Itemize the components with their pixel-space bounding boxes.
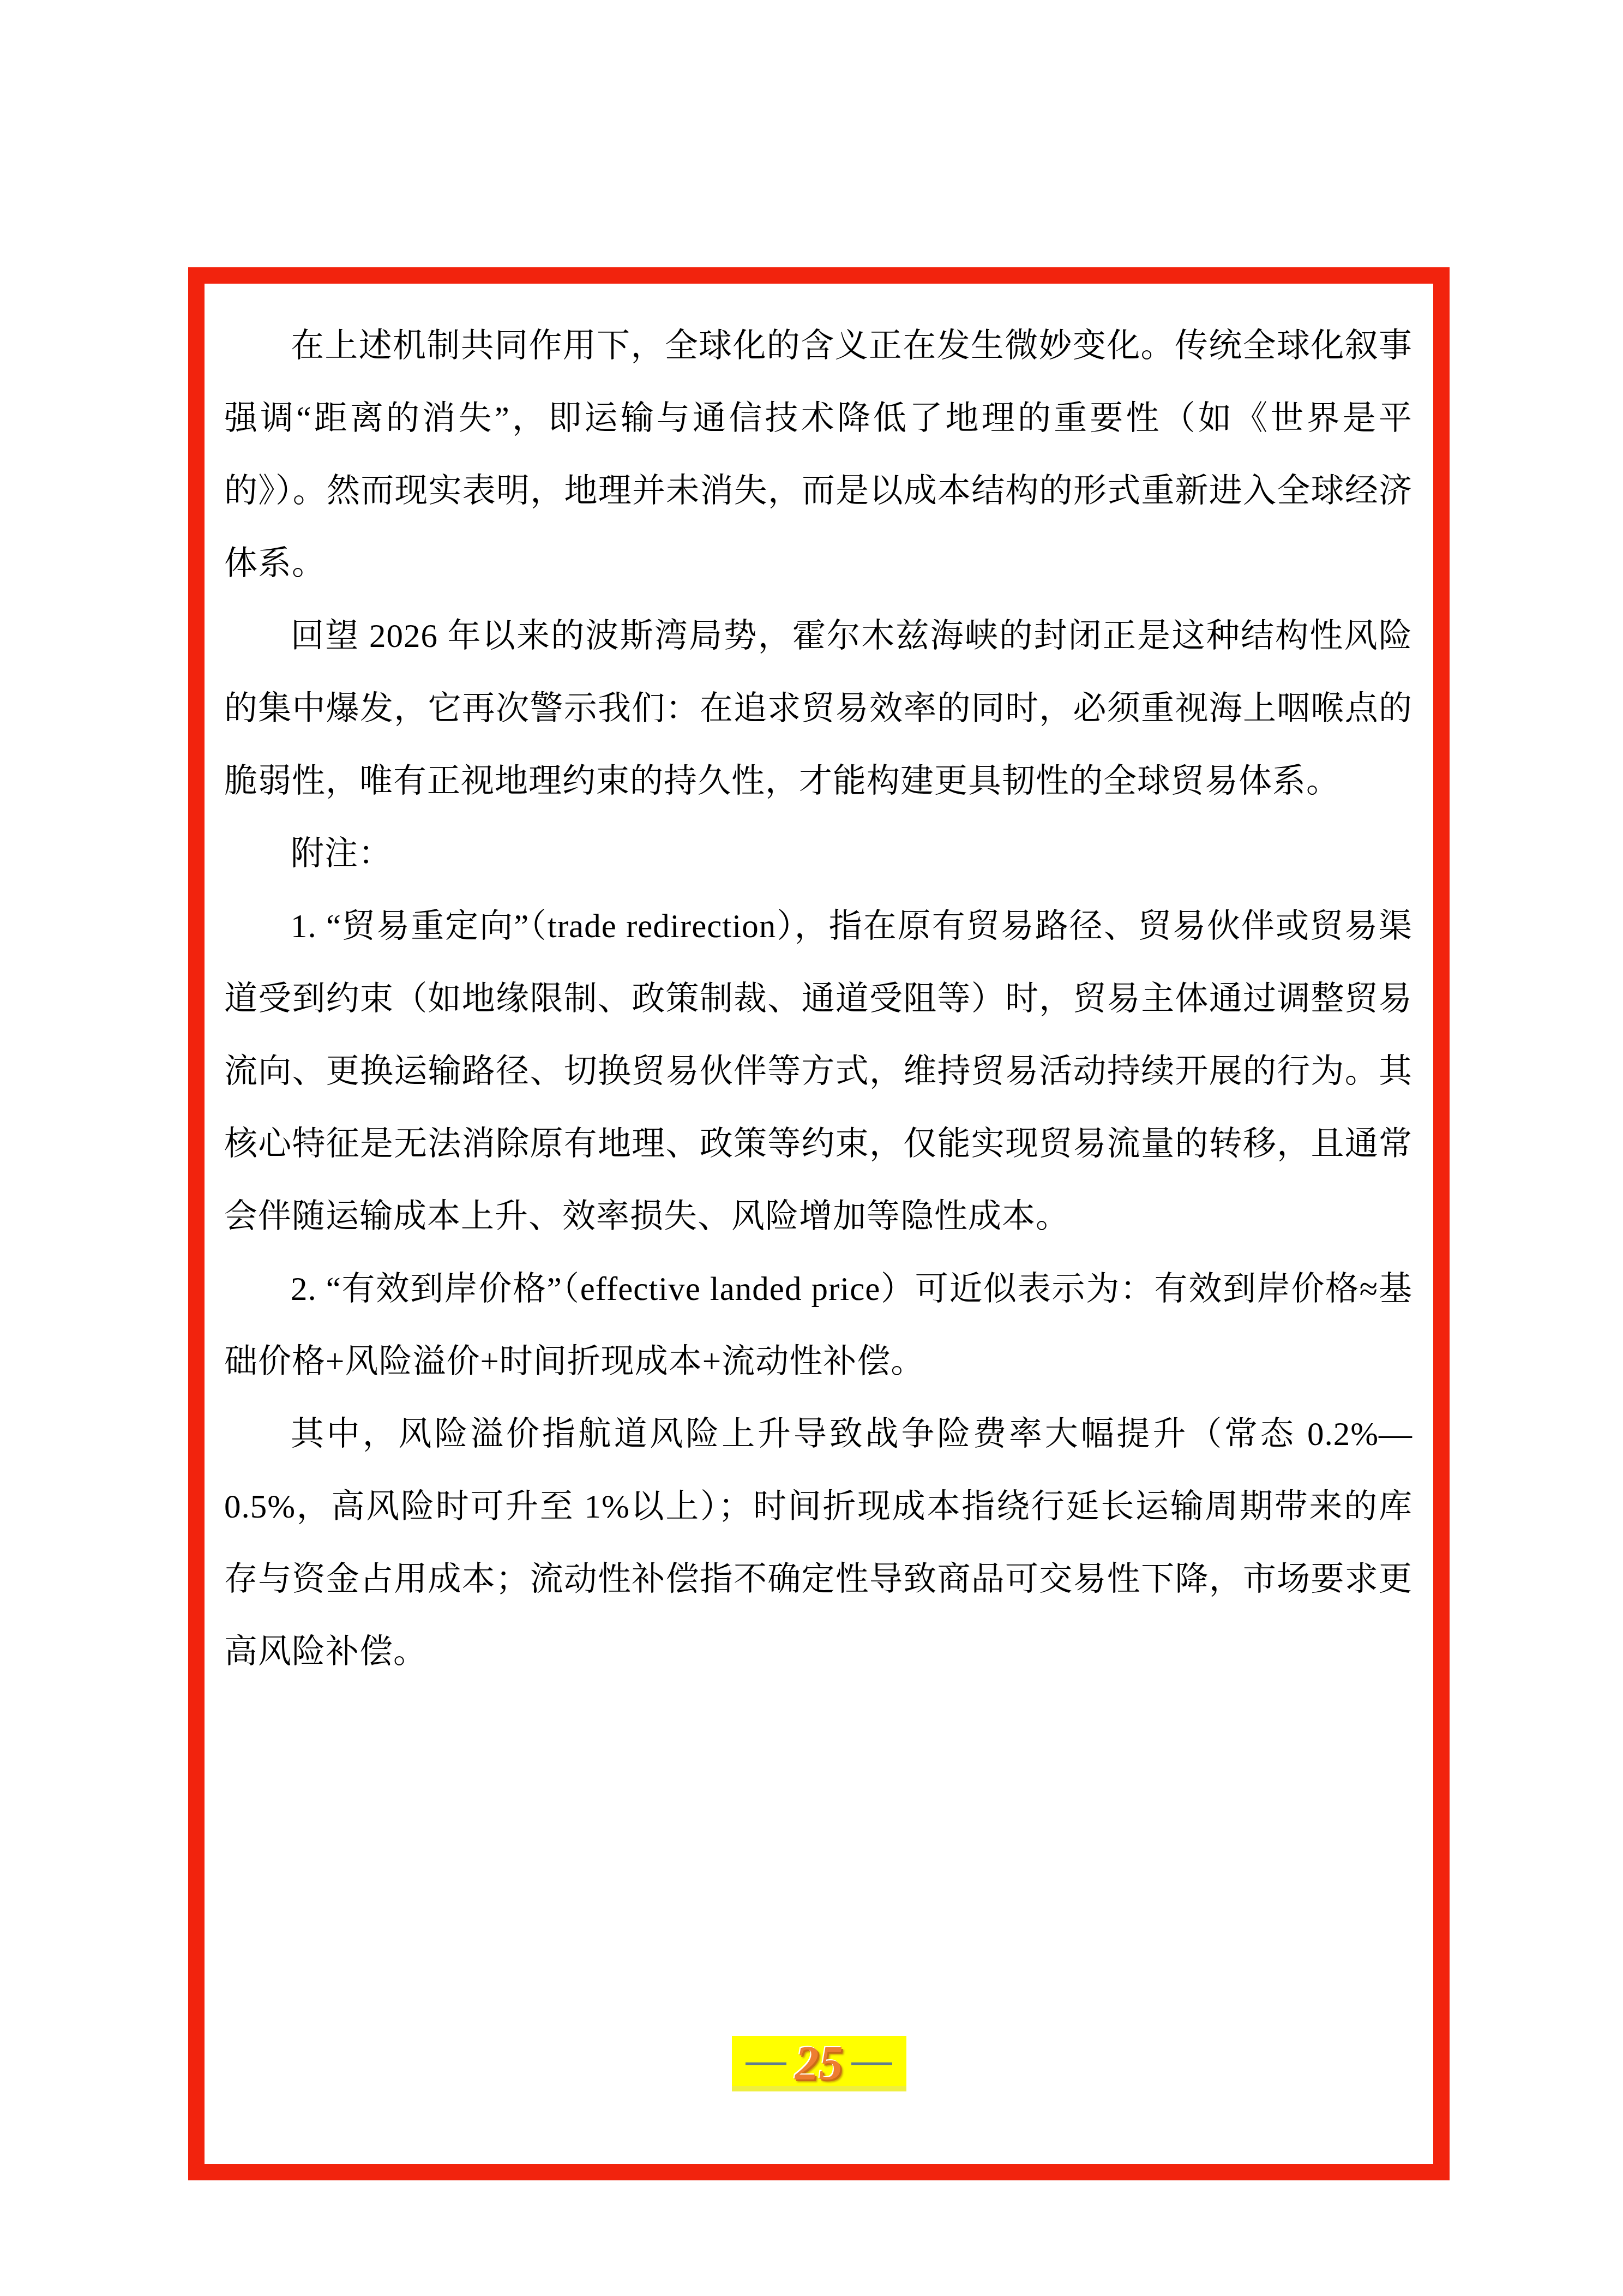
paragraph: 在上述机制共同作用下，全球化的含义正在发生微妙变化。传统全球化叙事强调“距离的消… [224, 310, 1412, 600]
paragraph: 其中，风险溢价指航道风险上升导致战争险费率大幅提升（常态 0.2%—0.5%，高… [224, 1398, 1412, 1688]
document-page: 在上述机制共同作用下，全球化的含义正在发生微妙变化。传统全球化叙事强调“距离的消… [0, 0, 1623, 2296]
red-border-frame: 在上述机制共同作用下，全球化的含义正在发生微妙变化。传统全球化叙事强调“距离的消… [188, 267, 1450, 2180]
page-number-badge: — 25 — [732, 2036, 906, 2091]
paragraph: 回望 2026 年以来的波斯湾局势，霍尔木兹海峡的封闭正是这种结构性风险的集中爆… [224, 600, 1412, 818]
page-number-dash-right: — [852, 2040, 892, 2081]
paragraph: 2. “有效到岸价格”（effective landed price）可近似表示… [224, 1253, 1412, 1398]
page-number: 25 [795, 2040, 843, 2088]
paragraph: 附注： [224, 818, 1412, 890]
page-number-dash-left: — [746, 2040, 786, 2081]
body-text: 在上述机制共同作用下，全球化的含义正在发生微妙变化。传统全球化叙事强调“距离的消… [224, 310, 1412, 1688]
paragraph: 1. “贸易重定向”（trade redirection），指在原有贸易路径、贸… [224, 890, 1412, 1253]
